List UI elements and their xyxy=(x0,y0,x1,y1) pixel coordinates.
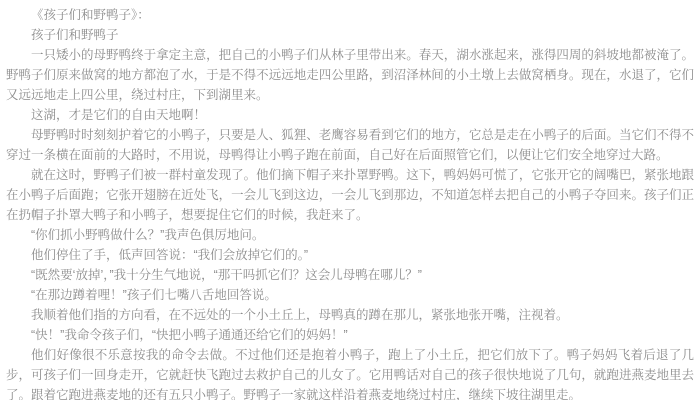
story-paragraph: “在那边蹲着哩！”孩子们七嘴八舌地回答说。 xyxy=(6,285,694,305)
story-document: 《孩子们和野鸭子》： 孩子们和野鸭子 一只矮小的母野鸭终于拿定主意，把自己的小鸭… xyxy=(0,0,700,400)
story-paragraph: 就在这时，野鸭子们被一群村童发现了。他们摘下帽子来扑罩野鸭。这下，鸭妈妈可慌了，… xyxy=(6,165,694,225)
story-paragraph: “既然要‘放掉’，”我十分生气地说，“那干吗抓它们？这会儿母鸭在哪儿？” xyxy=(6,265,694,285)
page: { "page": { "background_color": "#ffffff… xyxy=(0,0,700,400)
story-paragraph: 母野鸭时时刻刻护着它的小鸭子，只要是人、狐狸、老鹰容易看到它们的地方，它总是走在… xyxy=(6,125,694,165)
story-paragraph: “快！”我命令孩子们，“快把小鸭子通通还给它们的妈妈！” xyxy=(6,325,694,345)
story-paragraph: 我顺着他们指的方向看，在不远处的一个小土丘上，母鸭真的蹲在那儿，紧张地张开嘴，注… xyxy=(6,305,694,325)
story-paragraph: 他们停住了手，低声回答说：“我们会放掉它们的。” xyxy=(6,245,694,265)
story-paragraph: 他们好像很不乐意按我的命令去做。不过他们还是抱着小鸭子，跑上了小土丘，把它们放下… xyxy=(6,345,694,400)
story-title-line: 《孩子们和野鸭子》： xyxy=(6,5,694,25)
story-paragraph: 这湖，才是它们的自由天地啊！ xyxy=(6,105,694,125)
story-subtitle-line: 孩子们和野鸭子 xyxy=(6,25,694,45)
story-paragraph: “你们抓小野鸭做什么？”我声色俱厉地问。 xyxy=(6,225,694,245)
story-paragraph: 一只矮小的母野鸭终于拿定主意，把自己的小鸭子们从林子里带出来。春天，湖水涨起来，… xyxy=(6,45,694,105)
